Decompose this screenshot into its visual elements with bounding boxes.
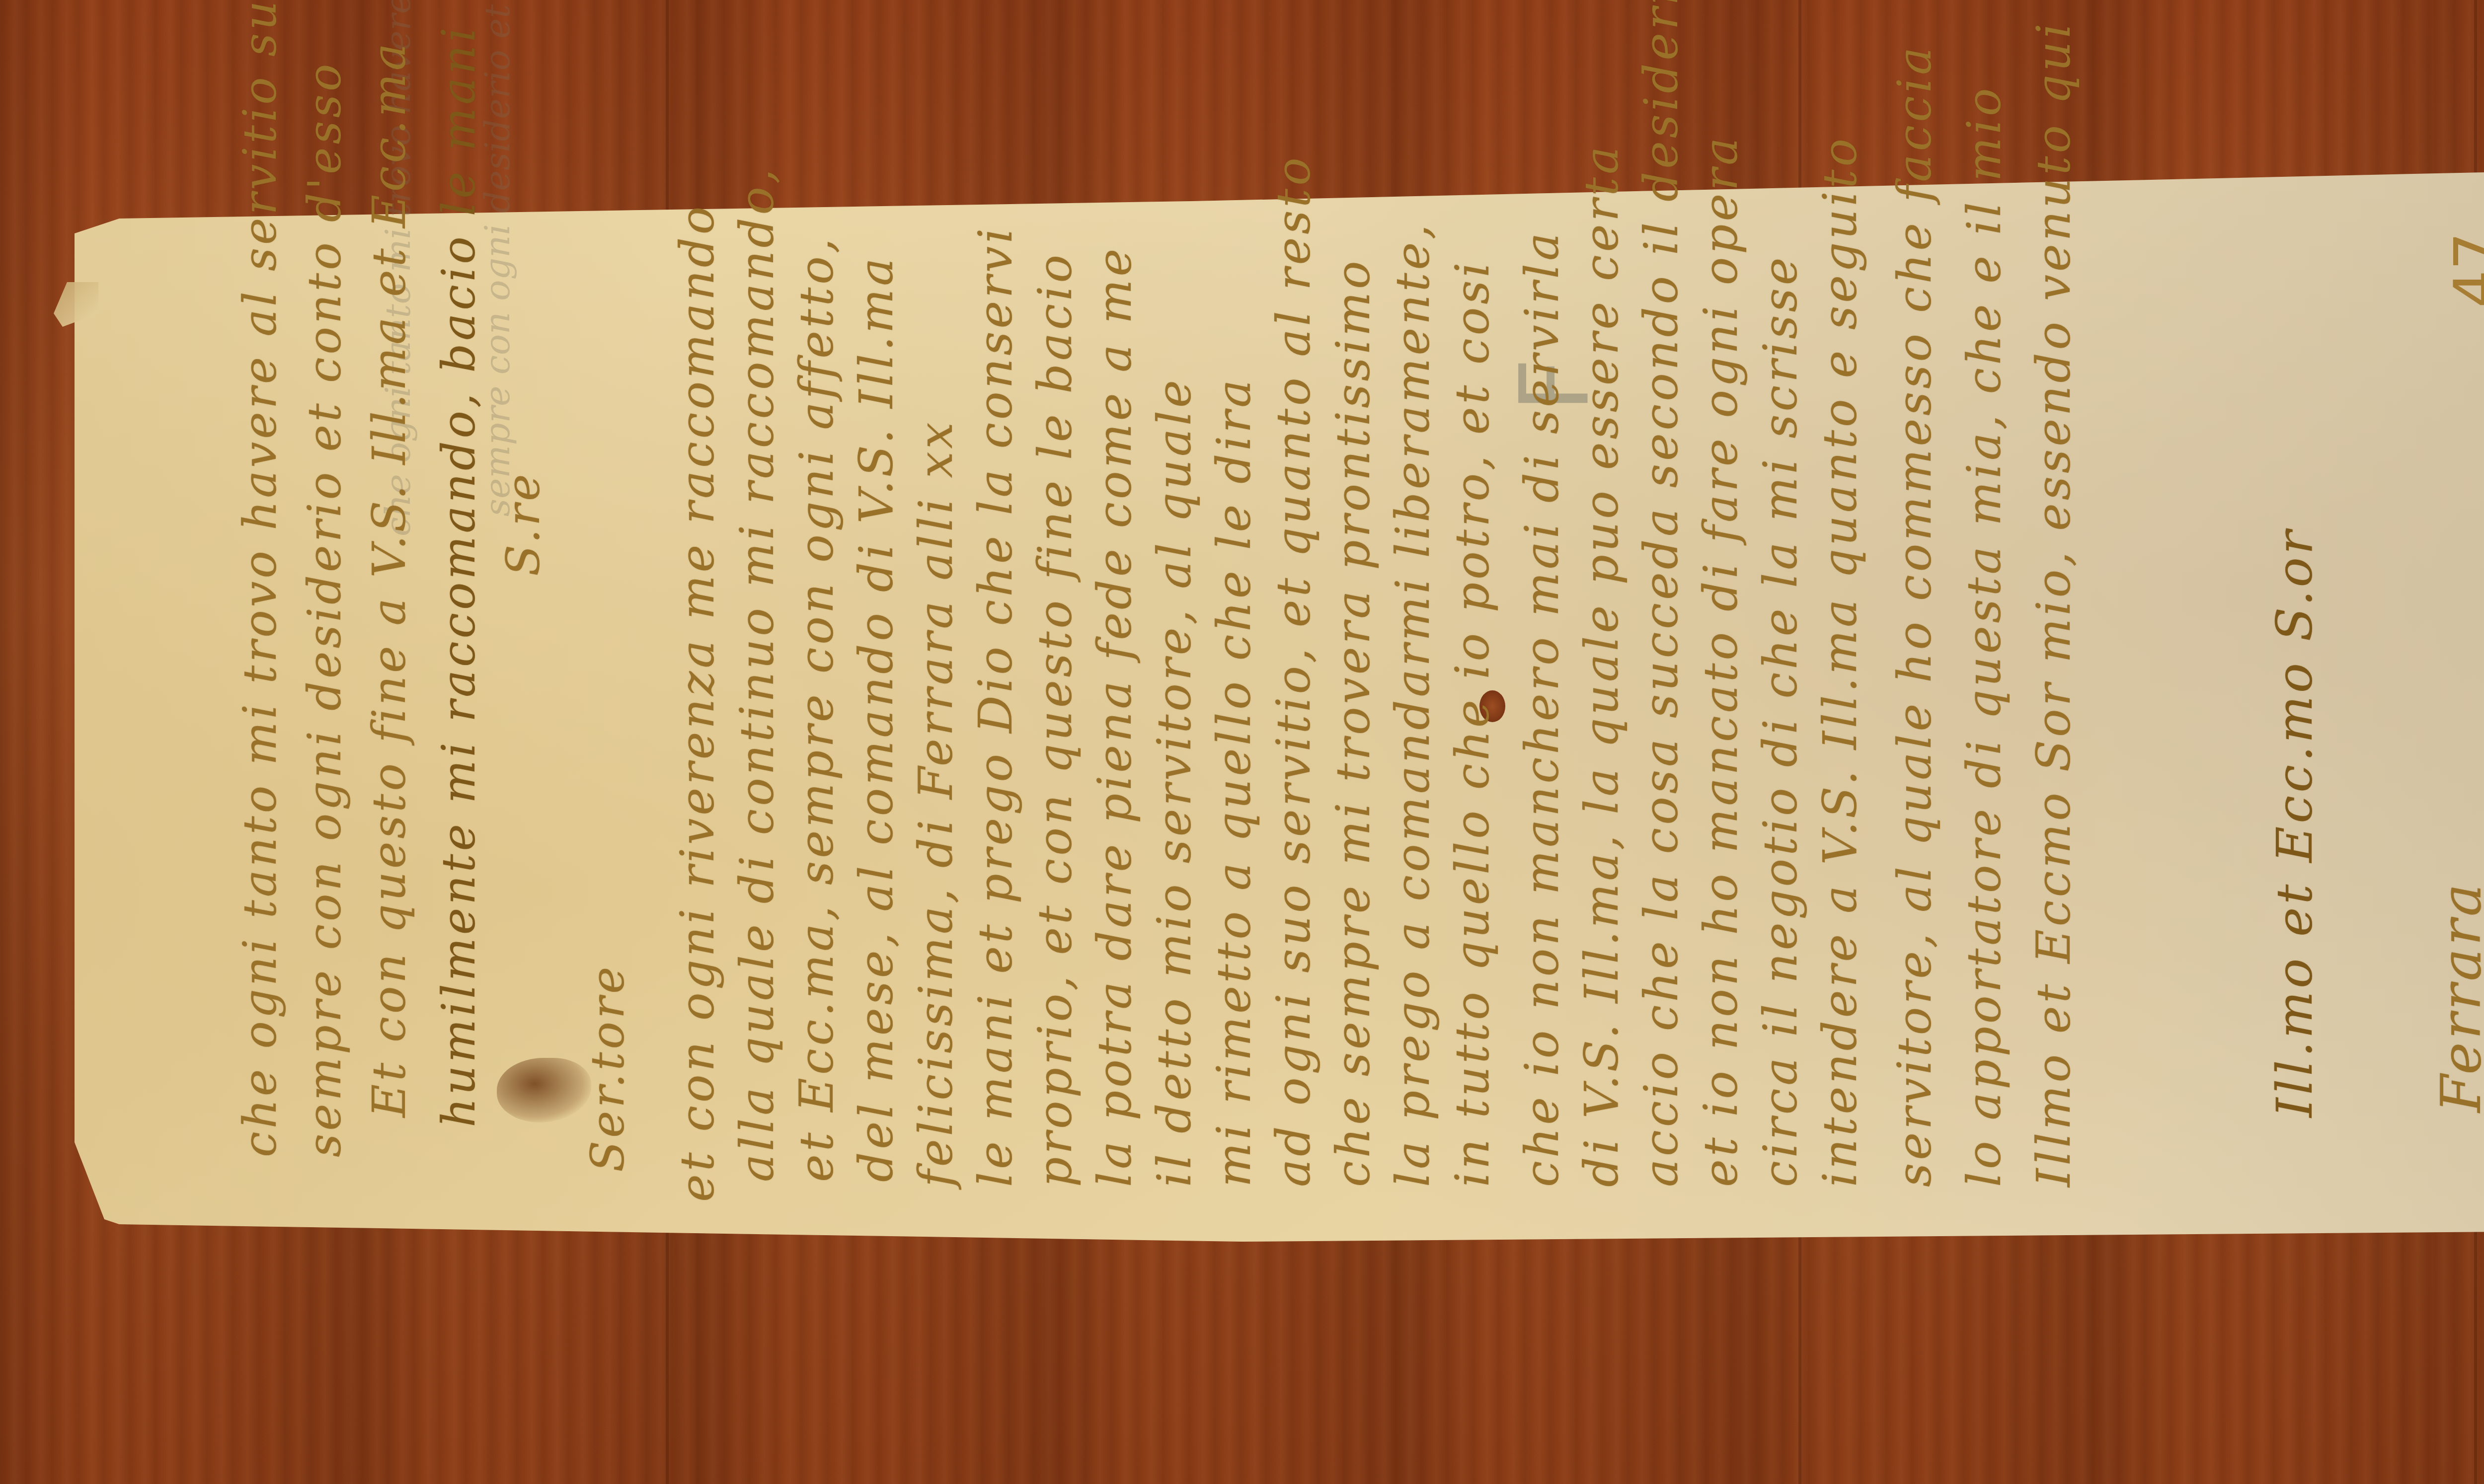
body-line: in tutto quello che io potro, et cosi: [1446, 259, 1500, 1187]
body-line: intendere a V.S. Ill.ma quanto e seguito: [1813, 136, 1867, 1187]
body-line: accio che la cosa succeda secondo il des…: [1634, 0, 1689, 1187]
body-line: del mese, al comando di V.S. Ill.ma: [850, 255, 904, 1182]
postscript-line: humilmente mi raccomando, bacio le mani: [432, 24, 485, 1127]
body-line: alla quale di continuo mi raccomando,: [730, 166, 784, 1182]
body-line: felicissima, di Ferrara alli xx: [909, 420, 963, 1187]
body-line: et con ogni riverenza me raccomando: [671, 204, 725, 1202]
body-line: mi rimetto a quello che le dira: [1207, 377, 1261, 1187]
body-line: il detto mio servitore, al quale: [1148, 377, 1202, 1187]
salutation-line: Ill.mo et Ecc.mo S.or: [2265, 527, 2324, 1117]
body-line: Illmo et Eccmo Sor mio, essendo venuto q…: [2027, 20, 2081, 1187]
body-line: proprio, et con questo fine le bacio: [1028, 252, 1083, 1187]
postscript-signature: Ser.tore: [581, 964, 634, 1172]
body-line: lo apportatore di questa mia, che e il m…: [1957, 85, 2012, 1187]
postscript-line: Et con questo fine a V.S. Ill.ma et Ecc.…: [363, 40, 416, 1117]
postscript-line: S.re: [497, 471, 550, 576]
body-line: et io non ho mancato di fare ogni opera: [1694, 135, 1748, 1187]
body-line: servitore, al quale ho commesso che facc…: [1888, 44, 1942, 1187]
body-line: et Ecc.ma, sempre con ogni affetto,: [790, 235, 844, 1182]
body-line: ad ogni suo servitio, et quanto al resto: [1267, 154, 1321, 1187]
body-line: circa il negotio di che la mi scrisse: [1754, 255, 1808, 1187]
body-line: la prego a comandarmi liberamente,: [1386, 222, 1440, 1187]
body-line: la potra dare piena fede come a me: [1088, 246, 1142, 1187]
postscript-line: che ogni tanto mi trovo havere al servit…: [233, 0, 287, 1157]
postscript-line: sempre con ogni desiderio et conto d'ess…: [298, 61, 351, 1157]
body-line: le mani et prego Dio che la conservi: [969, 225, 1023, 1187]
body-line: di V.S. Ill.ma, la quale puo essere cert…: [1575, 144, 1629, 1187]
dateline-place: Ferrara: [2429, 881, 2484, 1113]
body-line: che sempre mi trovera prontissimo: [1326, 258, 1381, 1187]
folio-number: 47: [2442, 232, 2484, 308]
body-line: che io non manchero mai di servirla: [1515, 230, 1569, 1187]
